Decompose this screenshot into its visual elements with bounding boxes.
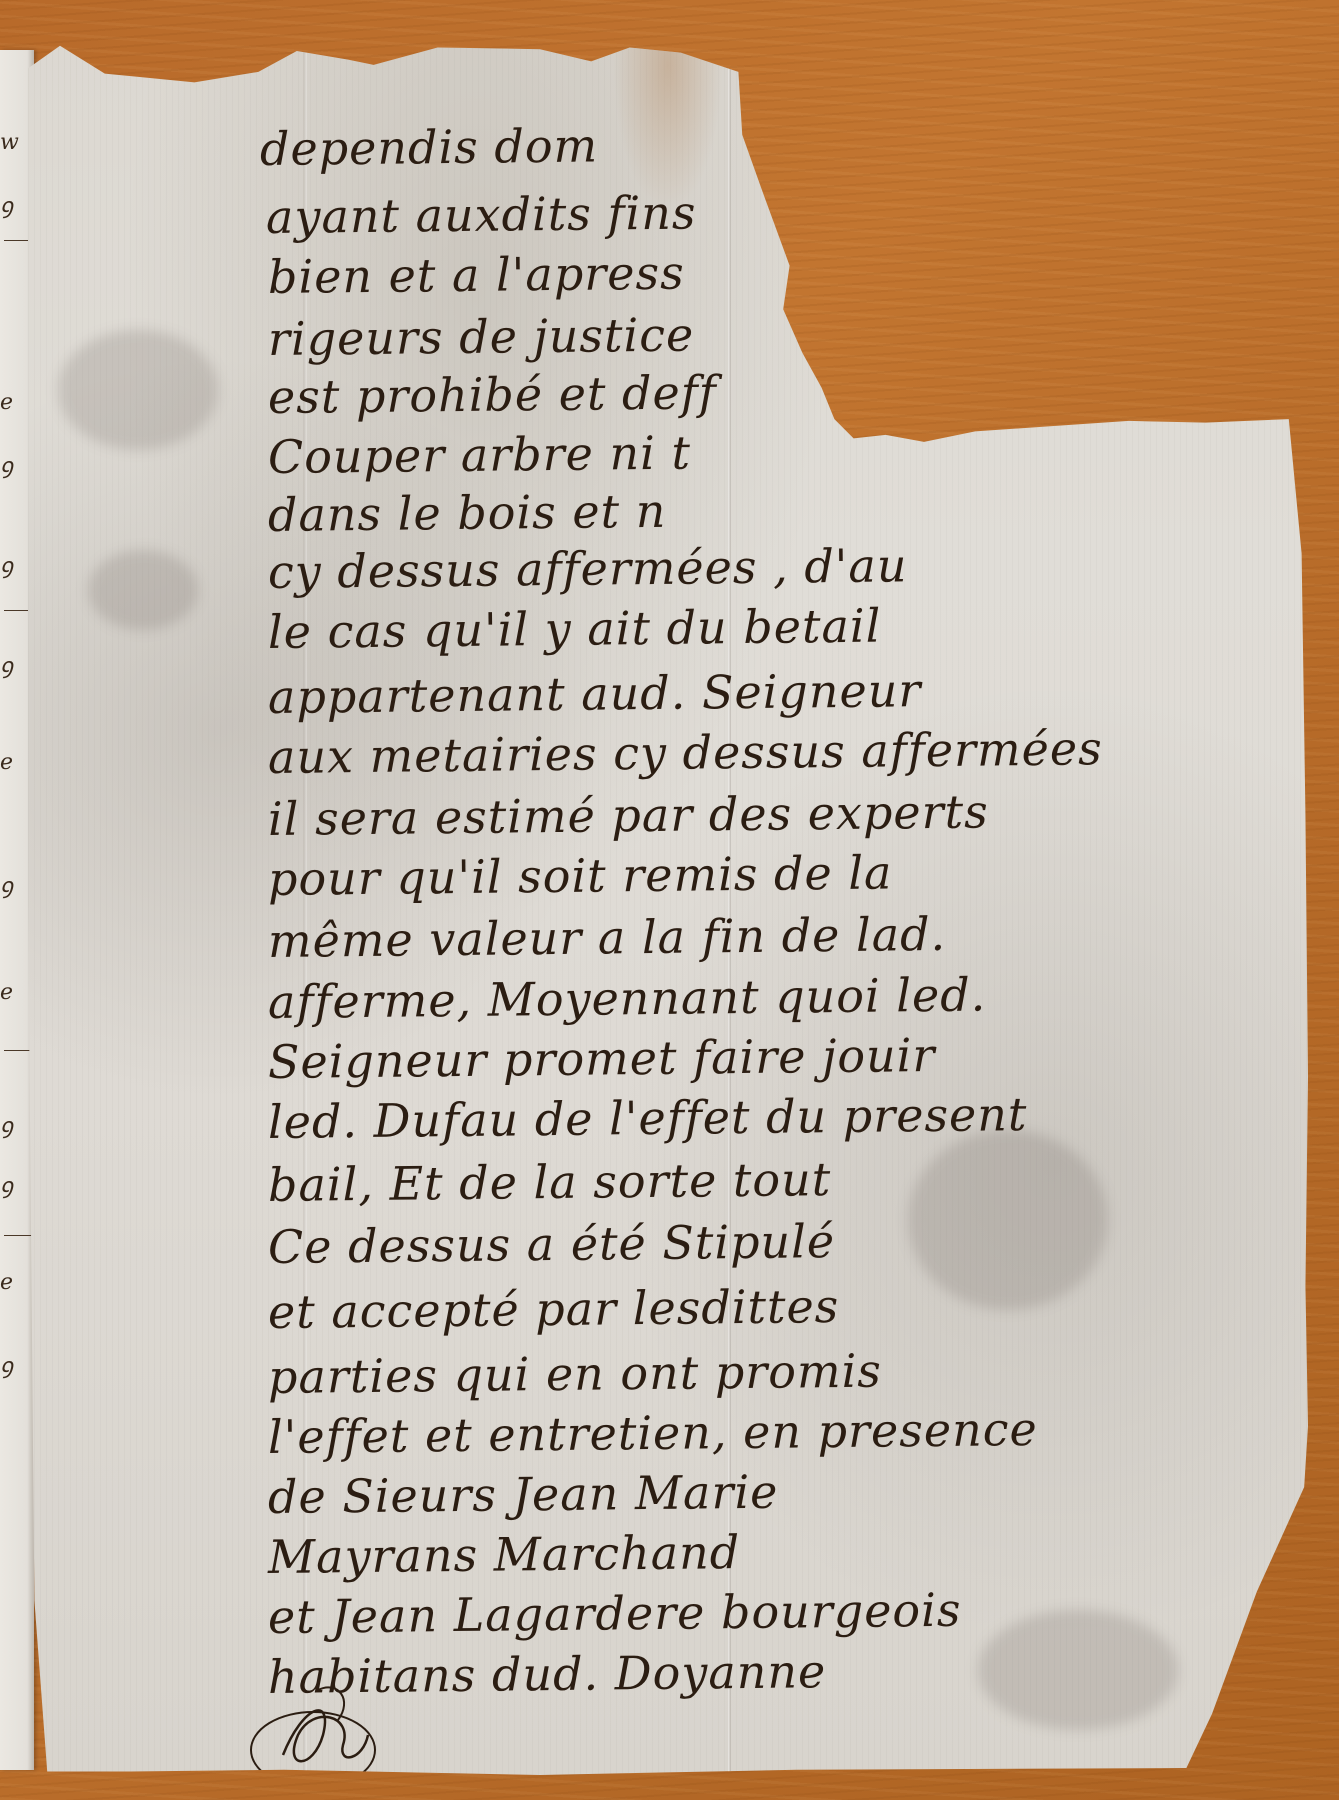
- manuscript-line: et accepté par lesdittes: [268, 1279, 840, 1339]
- facing-page-mark: e: [0, 1270, 34, 1295]
- manuscript-line: dependis dom: [260, 118, 599, 176]
- manuscript-line: Mayrans Marchand: [268, 1525, 741, 1584]
- manuscript-line: ayant auxdits fins: [266, 185, 697, 244]
- manuscript-line: aux metairies cy dessus affermées: [268, 721, 1103, 784]
- paper-stain: [88, 550, 198, 630]
- manuscript-line: il sera estimé par des experts: [268, 784, 989, 846]
- manuscript-line: led. Dufau de l'effet du present: [268, 1087, 1028, 1149]
- manuscript-line: appartenant aud. Seigneur: [268, 663, 922, 724]
- manuscript-line: bien et a l'apress: [268, 246, 685, 304]
- manuscript-line: l'effet et entretien, en presence: [268, 1402, 1038, 1464]
- facing-page-mark: ꝯ: [0, 1110, 34, 1140]
- manuscript-line: dans le bois et n: [268, 484, 667, 542]
- paper-stain: [978, 1610, 1178, 1730]
- manuscript-line: Ce dessus a été Stipulé: [268, 1214, 836, 1274]
- manuscript-line: pour qu'il soit remis de la: [268, 845, 893, 906]
- manuscript-line: rigeurs de justice: [268, 308, 695, 366]
- manuscript-line: Seigneur promet faire jouir: [268, 1028, 936, 1089]
- manuscript-line: cy dessus affermées , d'au: [268, 538, 908, 599]
- manuscript-line: de Sieurs Jean Marie: [268, 1465, 779, 1524]
- manuscript-line: le cas qu'il y ait du betail: [268, 599, 882, 659]
- facing-page-mark: ꝯ: [0, 1350, 34, 1380]
- manuscript-line: est prohibé et deff: [268, 365, 717, 424]
- paper-stain: [58, 330, 218, 450]
- manuscript-line: bail, Et de la sorte tout: [268, 1152, 832, 1212]
- manuscript-line: afferme, Moyennant quoi led.: [268, 967, 987, 1029]
- manuscript-line: Couper arbre ni t: [268, 426, 691, 484]
- paper-stain: [908, 1130, 1108, 1310]
- manuscript-line: et Jean Lagardere bourgeois: [268, 1583, 962, 1644]
- facing-page-rule: [4, 1235, 34, 1236]
- manuscript-line: parties qui en ont promis: [268, 1344, 882, 1404]
- manuscript-line: même valeur a la fin de lad.: [268, 907, 947, 968]
- facing-page-mark: ꝯ: [0, 1170, 34, 1200]
